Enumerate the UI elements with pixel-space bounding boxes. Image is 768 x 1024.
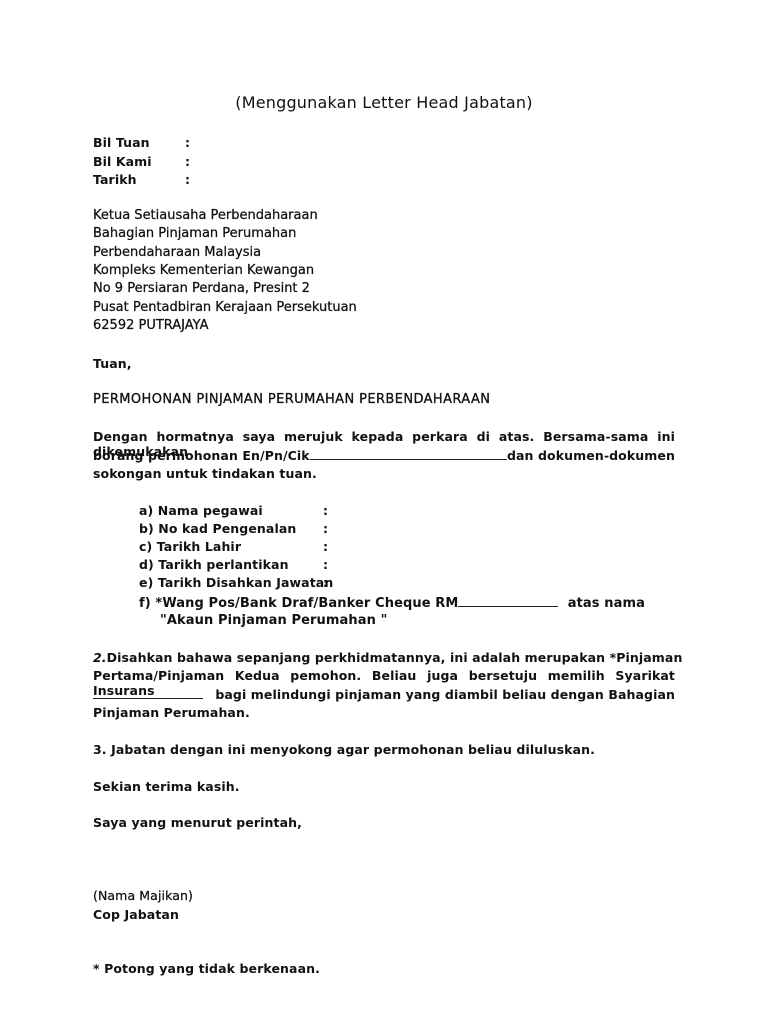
paragraph2-line1: 2. Disahkan bahawa sepanjang perkhidmata… (93, 650, 675, 665)
closing-thanks: Sekian terima kasih. (93, 779, 240, 794)
ref-separator: : (185, 135, 190, 150)
paragraph3: 3. Jabatan dengan ini menyokong agar per… (93, 742, 595, 757)
detail-label: b) No kad Pengenalan (139, 521, 323, 536)
detail-separator: : (323, 557, 328, 572)
letter-page: (Menggunakan Letter Head Jabatan) Bil Tu… (0, 0, 768, 1024)
paragraph2-text: bagi melindungi pinjaman yang diambil be… (215, 687, 675, 702)
signatory-stamp: Cop Jabatan (93, 907, 179, 922)
ref-tarikh: Tarikh: (93, 172, 190, 187)
paragraph1-text: dan dokumen-dokumen (507, 448, 675, 463)
address-line: Kompleks Kementerian Kewangan (93, 263, 314, 278)
detail-item: a) Nama pegawai: (139, 503, 328, 518)
ref-bil-kami: Bil Kami: (93, 154, 190, 169)
detail-label: c) Tarikh Lahir (139, 539, 323, 554)
salutation: Tuan, (93, 356, 132, 371)
detail-separator: : (323, 539, 328, 554)
detail-item: c) Tarikh Lahir: (139, 539, 328, 554)
closing-signoff: Saya yang menurut perintah, (93, 815, 302, 830)
address-line: Pusat Pentadbiran Kerajaan Persekutuan (93, 300, 357, 315)
detail-f-text: f) *Wang Pos/Bank Draf/Banker Cheque RM (139, 596, 458, 611)
detail-item: b) No kad Pengenalan: (139, 521, 328, 536)
detail-item-f: f) *Wang Pos/Bank Draf/Banker Cheque RM … (139, 595, 645, 611)
detail-item: d) Tarikh perlantikan: (139, 557, 328, 572)
ref-separator: : (185, 154, 190, 169)
signatory-name: (Nama Majikan) (93, 888, 193, 903)
paragraph2-line3: bagi melindungi pinjaman yang diambil be… (93, 687, 675, 702)
paragraph1-line2: borang permohonan En/Pn/Cik dan dokumen-… (93, 448, 675, 463)
paragraph2-line4: Pinjaman Perumahan. (93, 705, 250, 720)
address-line: No 9 Persiaran Perdana, Presint 2 (93, 281, 310, 296)
ref-label: Bil Kami (93, 154, 185, 169)
detail-f-text: atas nama (568, 596, 645, 611)
detail-f-line2: "Akaun Pinjaman Perumahan " (160, 613, 387, 628)
ref-bil-tuan: Bil Tuan: (93, 135, 190, 150)
ref-label: Tarikh (93, 172, 185, 187)
detail-label: e) Tarikh Disahkan Jawatan (139, 575, 323, 590)
detail-item: e) Tarikh Disahkan Jawatan: (139, 575, 328, 590)
detail-separator: : (323, 503, 328, 518)
address-line: Perbendaharaan Malaysia (93, 245, 261, 260)
amount-blank-field[interactable] (458, 595, 558, 607)
detail-label: d) Tarikh perlantikan (139, 557, 323, 572)
ref-separator: : (185, 172, 190, 187)
address-line: Bahagian Pinjaman Perumahan (93, 226, 296, 241)
paragraph1-line3: sokongan untuk tindakan tuan. (93, 466, 317, 481)
name-blank-field[interactable] (310, 448, 507, 460)
paragraph2-number: 2. (93, 650, 107, 665)
paragraph1-text: borang permohonan En/Pn/Cik (93, 448, 310, 463)
letter-head-note: (Menggunakan Letter Head Jabatan) (0, 93, 768, 112)
subject-line: PERMOHONAN PINJAMAN PERUMAHAN PERBENDAHA… (93, 392, 490, 407)
paragraph2-text: Disahkan bahawa sepanjang perkhidmatanny… (107, 650, 683, 665)
footnote: * Potong yang tidak berkenaan. (93, 961, 320, 976)
detail-separator: : (323, 575, 328, 590)
detail-label: a) Nama pegawai (139, 503, 323, 518)
insurance-blank-field[interactable] (93, 687, 203, 699)
ref-label: Bil Tuan (93, 135, 185, 150)
detail-separator: : (323, 521, 328, 536)
address-line: Ketua Setiausaha Perbendaharaan (93, 208, 318, 223)
address-line: 62592 PUTRAJAYA (93, 318, 209, 333)
